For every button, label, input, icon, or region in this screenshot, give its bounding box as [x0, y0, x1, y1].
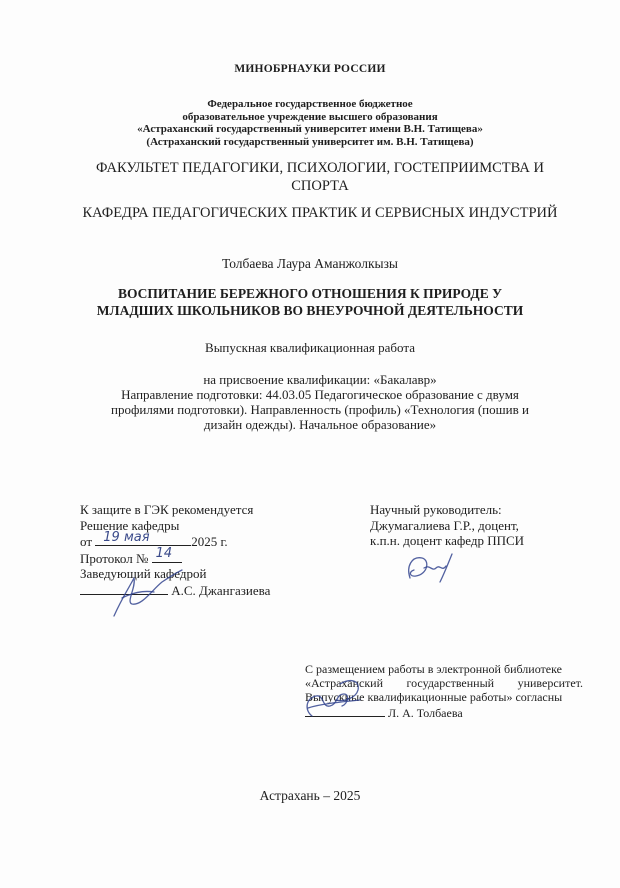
institution-line: (Астраханский государственный университе…: [0, 136, 620, 149]
student-signature-icon: [300, 676, 380, 722]
work-title: ВОСПИТАНИЕ БЕРЕЖНОГО ОТНОШЕНИЯ К ПРИРОДЕ…: [0, 285, 620, 319]
handwritten-protocol-number: 14: [156, 546, 173, 562]
supervisor-name: Джумагалиева Г.Р., доцент,: [370, 518, 570, 534]
faculty-line: СПОРТА: [80, 177, 560, 195]
supervisor-position: к.п.н. доцент кафедр ППСИ: [370, 533, 570, 549]
supervisor-signature-icon: [402, 552, 464, 584]
date-prefix: от: [80, 534, 92, 549]
title-line: ВОСПИТАНИЕ БЕРЕЖНОГО ОТНОШЕНИЯ К ПРИРОДЕ…: [0, 285, 620, 302]
city-year: Астрахань – 2025: [0, 788, 620, 804]
protocol-field: 14: [152, 550, 182, 563]
qualification-info: на присвоение квалификации: «Бакалавр» Н…: [100, 372, 540, 432]
work-type: Выпускная квалификационная работа: [0, 340, 620, 356]
institution-line: Федеральное государственное бюджетное: [0, 98, 620, 111]
faculty-name: ФАКУЛЬТЕТ ПЕДАГОГИКИ, ПСИХОЛОГИИ, ГОСТЕП…: [80, 159, 560, 195]
supervisor-info: Научный руководитель: Джумагалиева Г.Р.,…: [370, 502, 570, 549]
head-signature-icon: [112, 568, 192, 618]
department-name: КАФЕДРА ПЕДАГОГИЧЕСКИХ ПРАКТИК И СЕРВИСН…: [70, 205, 570, 222]
protocol-label: Протокол №: [80, 551, 148, 566]
protocol-line: Протокол № 14: [80, 550, 320, 567]
institution-name: Федеральное государственное бюджетное об…: [0, 98, 620, 148]
consent-signer: Л. А. Толбаева: [388, 706, 463, 720]
qualification-line: профилями подготовки). Направленность (п…: [100, 402, 540, 417]
qualification-line: дизайн одежды). Начальное образование»: [100, 417, 540, 432]
institution-line: «Астраханский государственный университе…: [0, 123, 620, 136]
faculty-line: ФАКУЛЬТЕТ ПЕДАГОГИКИ, ПСИХОЛОГИИ, ГОСТЕП…: [80, 159, 560, 177]
consent-line: С размещением работы в электронной библи…: [305, 662, 583, 676]
date-line: от 19 мая 2025 г.: [80, 533, 320, 550]
date-field: 19 мая: [95, 533, 191, 546]
ministry-heading: МИНОБРНАУКИ РОССИИ: [0, 63, 620, 75]
recommended-text: К защите в ГЭК рекомендуется: [80, 502, 320, 518]
author-name: Толбаева Лаура Аманжолкызы: [0, 256, 620, 272]
document-page: МИНОБРНАУКИ РОССИИ Федеральное государст…: [0, 0, 620, 888]
title-line: МЛАДШИХ ШКОЛЬНИКОВ ВО ВНЕУРОЧНОЙ ДЕЯТЕЛЬ…: [0, 302, 620, 319]
qualification-line: Направление подготовки: 44.03.05 Педагог…: [100, 387, 540, 402]
qualification-line: на присвоение квалификации: «Бакалавр»: [100, 372, 540, 387]
supervisor-label: Научный руководитель:: [370, 502, 570, 518]
institution-line: образовательное учреждение высшего образ…: [0, 111, 620, 124]
handwritten-date: 19 мая: [103, 530, 149, 546]
date-suffix: 2025 г.: [191, 534, 227, 549]
